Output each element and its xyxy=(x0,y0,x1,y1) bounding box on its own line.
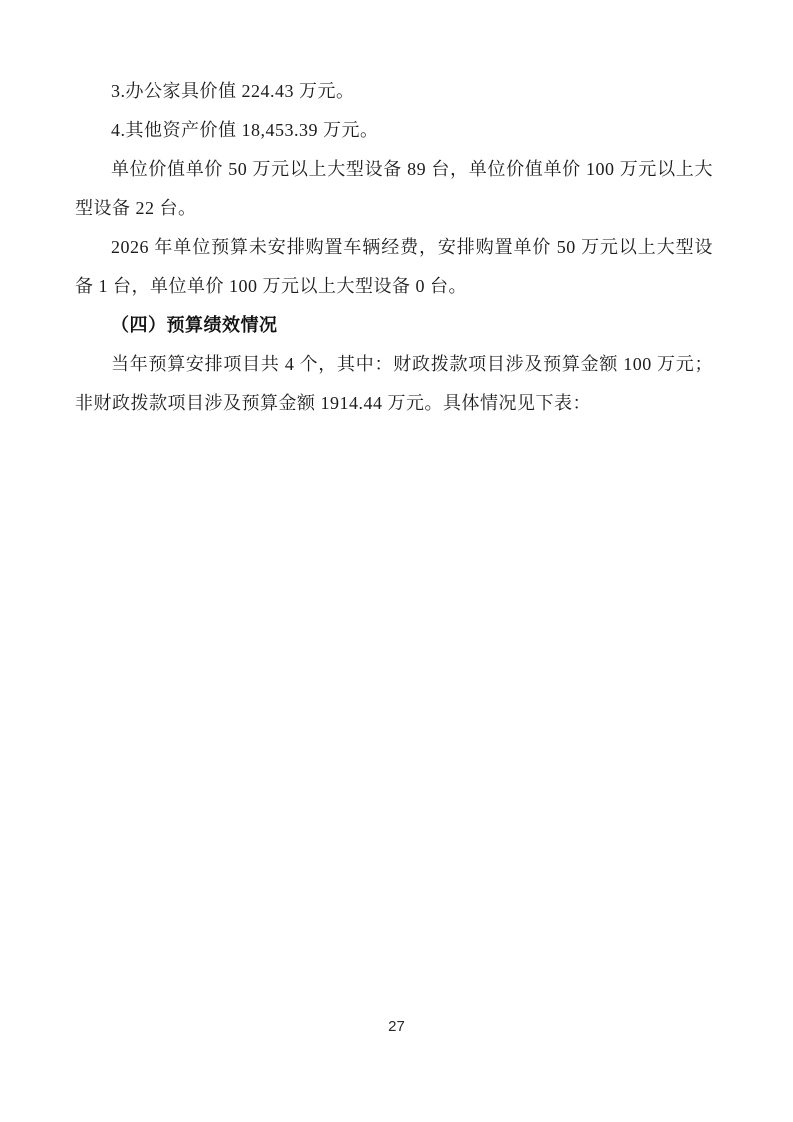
document-page: 3.办公家具价值 224.43 万元。 4.其他资产价值 18,453.39 万… xyxy=(0,0,793,1122)
page-number: 27 xyxy=(0,1016,793,1038)
document-body: 3.办公家具价值 224.43 万元。 4.其他资产价值 18,453.39 万… xyxy=(75,72,713,423)
paragraph-large-equipment-counts: 单位价值单价 50 万元以上大型设备 89 台，单位价值单价 100 万元以上大… xyxy=(75,150,713,228)
paragraph-budget-performance-summary: 当年预算安排项目共 4 个，其中：财政拨款项目涉及预算金额 100 万元；非财政… xyxy=(75,345,713,423)
paragraph-2026-budget-equipment: 2026 年单位预算未安排购置车辆经费，安排购置单价 50 万元以上大型设备 1… xyxy=(75,228,713,306)
paragraph-office-furniture-value: 3.办公家具价值 224.43 万元。 xyxy=(75,72,713,111)
paragraph-other-assets-value: 4.其他资产价值 18,453.39 万元。 xyxy=(75,111,713,150)
section-heading-budget-performance: （四）预算绩效情况 xyxy=(75,306,713,345)
